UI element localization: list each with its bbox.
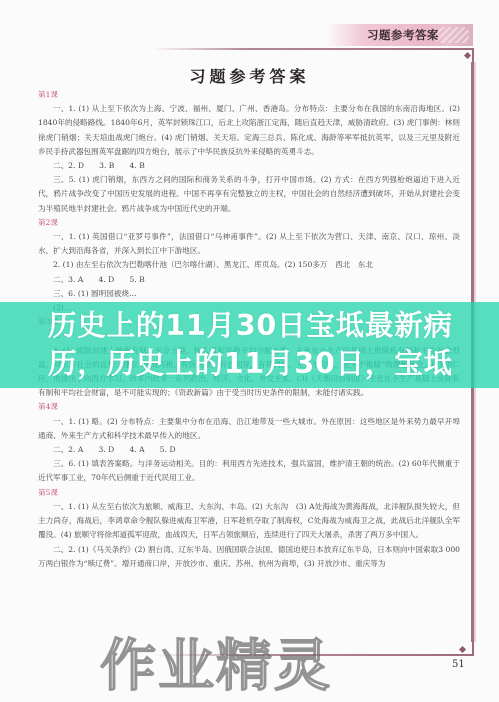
title-overlay-banner: 历史上的11月30日宝坻最新病 历，历史上的11月30日，宝坻: [0, 302, 499, 388]
header-badge-label: 习题参考答案: [367, 27, 439, 43]
lesson-heading: 第1课: [38, 88, 460, 102]
lesson-heading: 第4课: [38, 400, 460, 414]
answer-paragraph: 二、3. A 4. D 5. B: [38, 273, 460, 287]
answer-paragraph: 一、1. (1) 英国借口“亚罗号事件”，法国借口“马神甫事件”。(2) 从上至…: [38, 230, 460, 258]
answer-paragraph: 三、5. (1) 虎门销烟，东西方之间的国际和商务关系的斗争，打开中国市场。(2…: [38, 173, 460, 216]
answer-paragraph: 2. (1) 由左至右依次为巴勒喀什池（巴尔喀什湖）、黑龙江、库页岛。(2) 1…: [38, 258, 460, 272]
answer-paragraph: 一、1. (1) 略。(2) 分布特点：主要集中分布在沿海、沿江地带及一些大城市…: [38, 415, 460, 443]
overlay-title-line: 历，历史上的11月30日，宝坻: [48, 345, 499, 383]
answer-paragraph: 三、6. (1) 圆明园被烧…: [38, 287, 460, 301]
lesson-section: 第4课 一、1. (1) 略。(2) 分布特点：主要集中分布在沿海、沿江地带及一…: [38, 400, 460, 485]
frame-corner-ornament-icon: [460, 48, 474, 62]
answer-paragraph: 二、2. D 3. B 4. B: [38, 159, 460, 173]
page-number: 51: [452, 659, 465, 670]
answer-paragraph: 一、1. (1) 从上至下依次为上海、宁波、福州、厦门、广州、香港岛。分布特点：…: [38, 102, 460, 159]
flourish-ornament-icon: [435, 27, 469, 43]
lesson-section: 第5课 一、1. (1) 从左至右依次为旅顺、威海卫、大东沟、丰岛。(2) 大东…: [38, 486, 460, 571]
frame-corner-ornament-icon: [458, 640, 474, 656]
answer-paragraph: 二、2. A 3. D 4. A 5. D: [38, 443, 460, 457]
lesson-section: 第1课 一、1. (1) 从上至下依次为上海、宁波、福州、厦门、广州、香港岛。分…: [38, 88, 460, 216]
page-title: 习题参考答案: [0, 64, 499, 87]
answer-paragraph: 一、1. (1) 从左至右依次为旅顺、威海卫、大东沟、丰岛。(2) 大东沟 (3…: [38, 500, 460, 543]
lesson-section: 第2课 一、1. (1) 英国借口“亚罗号事件”，法国借口“马神甫事件”。(2)…: [38, 216, 460, 315]
frame-top-rule: [150, 48, 464, 50]
lesson-heading: 第5课: [38, 486, 460, 500]
watermark-logo: 作业精灵: [100, 622, 332, 702]
answer-paragraph: 二、2. (1)《马关条约》(2) 割台湾、辽东半岛、因俄国联合法国、德国迫使日…: [38, 543, 460, 571]
document-page: 习题参考答案 习题参考答案 第1课 一、1. (1) 从上至下依次为上海、宁波、…: [0, 0, 499, 702]
answer-paragraph: 三、6. (1) 填表答案略。与洋务运动相关。目的：利用西方先进技术，强兵富国，…: [38, 457, 460, 485]
header-badge: 习题参考答案: [325, 24, 473, 46]
overlay-title-line: 历史上的11月30日宝坻最新病: [48, 307, 499, 345]
lesson-heading: 第2课: [38, 216, 460, 230]
